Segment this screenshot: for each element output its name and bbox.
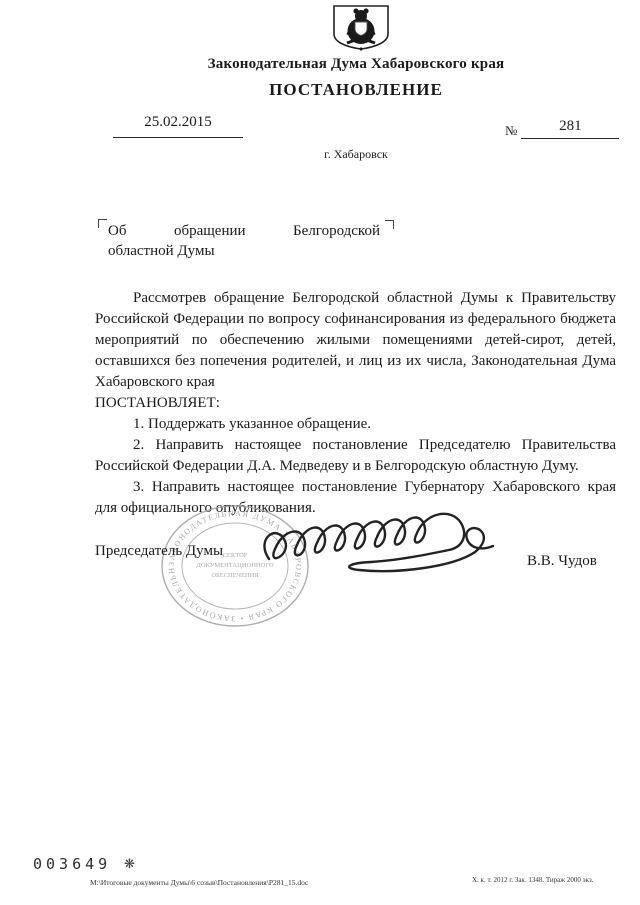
stamp-center-line-1: СЕКТОР xyxy=(223,552,248,559)
signer-name: В.В. Чудов xyxy=(527,553,597,570)
org-name: Законодательная Дума Хабаровского края xyxy=(95,56,617,73)
date-block: 25.02.2015 xyxy=(113,114,243,138)
coat-of-arms-khabarovsk-icon xyxy=(330,4,392,51)
city-label: г. Хабаровск xyxy=(95,147,617,162)
document-type-title: ПОСТАНОВЛЕНИЕ xyxy=(95,80,617,100)
resolution-item-2: 2. Направить настоящее постановление Пре… xyxy=(95,435,616,477)
preamble-paragraph: Рассмотрев обращение Белгородской област… xyxy=(95,288,616,393)
corner-mark-left xyxy=(98,219,107,228)
handwritten-signature xyxy=(253,497,545,593)
number-block: № 281 xyxy=(505,118,619,139)
signer-title: Председатель Думы xyxy=(95,543,223,560)
registration-number-stamp: 003649 xyxy=(33,855,111,873)
subject-block: Об обращении Белгородской областной Думы xyxy=(100,221,388,261)
document-number: 281 xyxy=(521,118,619,139)
document-page: Законодательная Дума Хабаровского края П… xyxy=(0,0,640,905)
print-shop-info: Х. к. т. 2012 г. Зак. 1348. Тираж 2000 э… xyxy=(472,876,593,884)
document-date: 25.02.2015 xyxy=(113,114,243,138)
asterisk-stamp-icon: ❋ xyxy=(124,856,135,872)
resolves-label: ПОСТАНОВЛЯЕТ: xyxy=(95,393,616,414)
corner-mark-right xyxy=(385,220,394,229)
subject-line-1: Об обращении Белгородской xyxy=(100,221,388,241)
body-text: Рассмотрев обращение Белгородской област… xyxy=(95,288,616,519)
subject-line-2: областной Думы xyxy=(100,241,388,261)
file-path: М:\Итоговые документы Думы\6 созыв\Поста… xyxy=(90,878,308,887)
resolution-item-1: 1. Поддержать указанное обращение. xyxy=(95,414,616,435)
number-sign: № xyxy=(505,123,521,139)
